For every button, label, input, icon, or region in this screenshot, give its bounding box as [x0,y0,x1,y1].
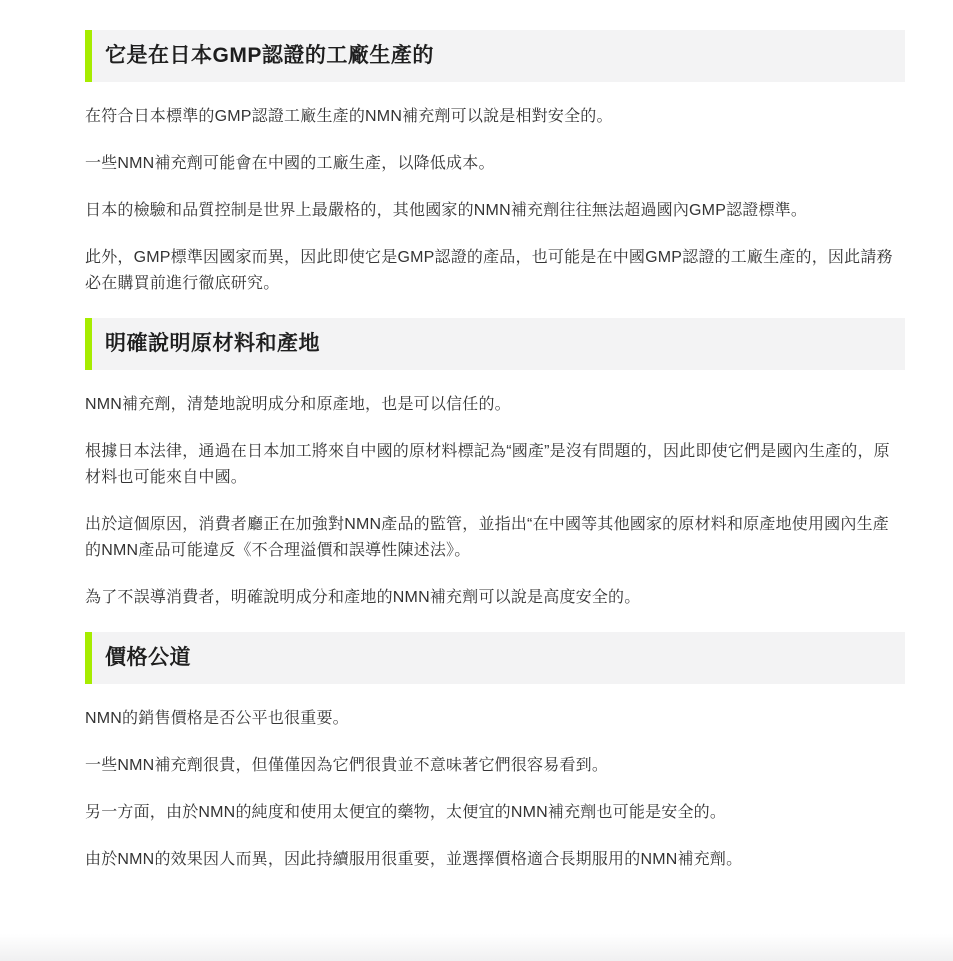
paragraph: 另一方面，由於NMN的純度和使用太便宜的藥物，太便宜的NMN補充劑也可能是安全的… [85,800,905,826]
section-fair-price: 價格公道 NMN的銷售價格是否公平也很重要。 一些NMN補充劑很貴，但僅僅因為它… [85,632,905,873]
article-content: 它是在日本GMP認證的工廠生產的 在符合日本標準的GMP認證工廠生產的NMN補充… [85,0,905,873]
section-heading: 它是在日本GMP認證的工廠生產的 [85,30,905,82]
paragraph: NMN的銷售價格是否公平也很重要。 [85,706,905,732]
paragraph: NMN補充劑，清楚地說明成分和原產地，也是可以信任的。 [85,392,905,418]
paragraph: 此外，GMP標準因國家而異，因此即使它是GMP認證的產品，也可能是在中國GMP認… [85,245,905,297]
paragraph: 一些NMN補充劑很貴，但僅僅因為它們很貴並不意味著它們很容易看到。 [85,753,905,779]
paragraph: 出於這個原因，消費者廳正在加強對NMN產品的監管，並指出“在中國等其他國家的原材… [85,512,905,564]
paragraph: 日本的檢驗和品質控制是世界上最嚴格的，其他國家的NMN補充劑往往無法超過國內GM… [85,198,905,224]
section-raw-materials: 明確說明原材料和產地 NMN補充劑，清楚地說明成分和原產地，也是可以信任的。 根… [85,318,905,611]
section-gmp-factory: 它是在日本GMP認證的工廠生產的 在符合日本標準的GMP認證工廠生產的NMN補充… [85,30,905,297]
paragraph: 由於NMN的效果因人而異，因此持續服用很重要，並選擇價格適合長期服用的NMN補充… [85,847,905,873]
paragraph: 為了不誤導消費者，明確說明成分和產地的NMN補充劑可以說是高度安全的。 [85,585,905,611]
section-heading: 明確說明原材料和產地 [85,318,905,370]
paragraph: 在符合日本標準的GMP認證工廠生產的NMN補充劑可以說是相對安全的。 [85,104,905,130]
bottom-fade-gradient [0,934,953,961]
paragraph: 一些NMN補充劑可能會在中國的工廠生產，以降低成本。 [85,151,905,177]
paragraph: 根據日本法律，通過在日本加工將來自中國的原材料標記為“國產”是沒有問題的，因此即… [85,439,905,491]
section-heading: 價格公道 [85,632,905,684]
